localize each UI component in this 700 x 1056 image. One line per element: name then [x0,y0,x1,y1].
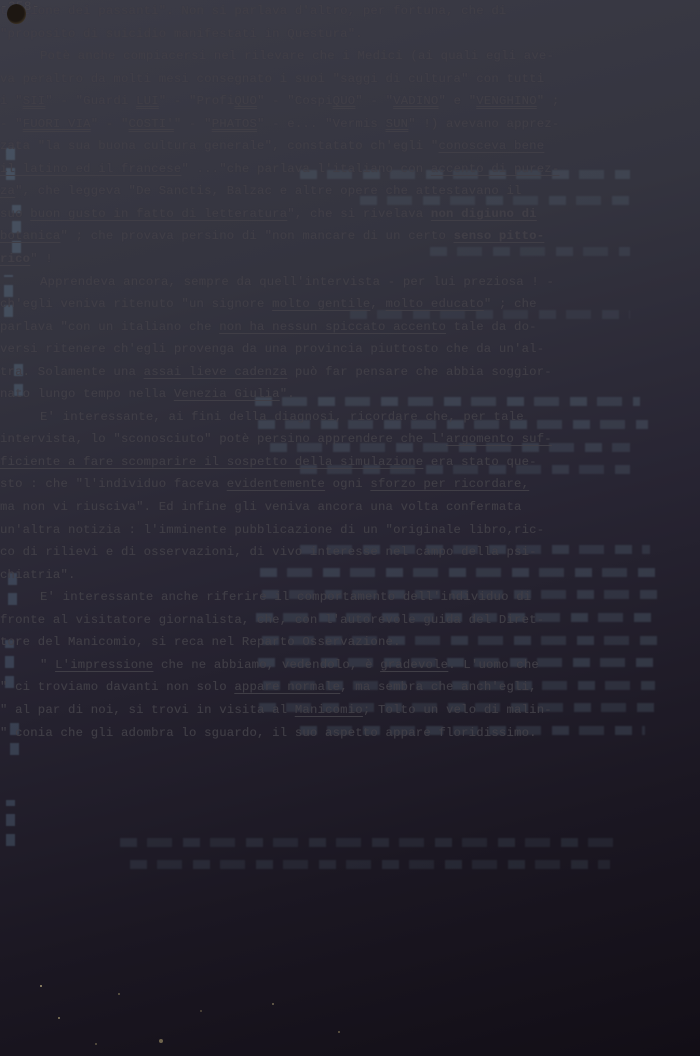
text-segment: intervista, lo "sconosciuto" potè persin… [0,432,446,446]
text-segment: E' interessante anche riferire il compor… [40,590,531,604]
text-segment: " ci troviamo davanti non solo [0,680,234,694]
underlined-text: molto educato [386,297,484,311]
underlined-text: conosceva bene [438,139,544,153]
text-line: versi ritenere ch'egli provenga da una p… [0,338,559,361]
text-segment: " !) avevano apprez- [408,117,559,131]
text-segment: suo [0,207,30,221]
underlined-text: LUI [136,94,159,108]
text-line: - "FUORI VIA" - "COSTI'" - "PHATOS" - e.… [0,113,559,136]
text-segment: sto : che "l'individuo faceva [0,477,227,491]
text-line: un'altra notizia : l'imminente pubblicaz… [0,519,559,542]
underlined-text: za [0,184,15,198]
text-segment: " ! [30,252,53,266]
text-segment: " - " [174,117,212,131]
underlined-text: VENGHINO [476,94,536,108]
text-line: " L'impressione che ne abbiamo, vedendol… [0,654,559,677]
text-segment: versi ritenere ch'egli provenga da una p… [0,342,544,356]
text-line: sto : che "l'individuo faceva evidenteme… [0,473,559,496]
text-segment: ch'egli veniva ritenuto "un signore [0,297,272,311]
text-segment: " - " [355,94,393,108]
text-segment: " - "Cospi [257,94,333,108]
text-segment: " ..."che parlava l'italiano con [181,162,430,176]
text-line: il latino ed il francese" ..."che parlav… [0,158,559,181]
text-segment: " - e... "Vermis [257,117,386,131]
text-line: " conia che gli adombra lo sguardo, il s… [0,722,559,745]
text-segment: nato lungo tempo nella [0,387,174,401]
text-segment: ", che leggeva "De Sanctis, Balzac e alt… [15,184,521,198]
dust-speckles [40,985,42,987]
typewritten-text-block: tenzione dei passanti". Non si parlava d… [0,0,559,744]
text-segment: Apprendeva ancora, sempre da quell'inter… [40,275,554,289]
text-segment: i " [0,94,23,108]
text-segment: ogni [325,477,370,491]
text-segment: " ; che [484,297,537,311]
underlined-text: Manicomio [295,703,363,717]
underlined-text: botanica [0,229,60,243]
text-segment: , ma sembra che anch'egli, [340,680,537,694]
underlined-text: assai lieve cadenza [144,365,288,379]
underlined-text: Venezia Giulia [174,387,280,401]
underlined-text: SUN [386,117,409,131]
text-segment: ", che si rivelava [287,207,431,221]
text-line: ficiente a fare scomparire il sospetto d… [0,451,559,474]
text-line: i "SII" - "Guardi LUI" - "ProfiQUO" - "C… [0,90,559,113]
underlined-text: argomento suf- [446,432,552,446]
underlined-text: VADINO [393,94,438,108]
text-segment: un'altra notizia : l'imminente pubblicaz… [0,523,544,537]
underlined-text: L'impressione [55,658,153,672]
text-segment: " - "Profi [159,94,235,108]
underlined-text: evidentemente [227,477,325,491]
text-segment: chiatria". [0,568,76,582]
text-segment: " - "Guardi [45,94,136,108]
text-segment: va peraltro da molti mesi consegnato i s… [0,72,544,86]
text-segment: tra. Solamente una [0,365,144,379]
underlined-text: senso pitto- [454,229,545,243]
text-segment: che ne abbiamo, vedendolo, è [153,658,380,672]
photo-of-typewritten-page: tenzione dei passanti". Non si parlava d… [0,0,700,1056]
underlined-text: COSTI' [129,117,174,131]
text-segment: E' interessante, ai fini della diagnosi,… [40,410,524,424]
text-segment: tenzione dei passanti". Non si parlava d… [0,4,506,18]
bleed-through-mark [6,800,15,846]
underlined-text: PHATOS [212,117,257,131]
text-line: va peraltro da molti mesi consegnato i s… [0,68,559,91]
text-line: fronte al visitatore giornalista, che, c… [0,609,559,632]
text-line: rico" ! [0,248,559,271]
text-segment: , [370,297,385,311]
text-segment: " [40,658,55,672]
text-segment: " e " [439,94,477,108]
underlined-text: accento di purez- [431,162,560,176]
text-line: chiatria". [0,564,559,587]
underlined-text: gradevole [380,658,448,672]
text-segment: ma non vi riusciva". Ed infine gli veniv… [0,500,522,514]
text-segment: era stato que- [423,455,536,469]
text-line: suo buon gusto in fatto di letteratura",… [0,203,559,226]
underlined-text: non digiuno di [431,207,537,221]
bleed-through-mark [130,860,610,869]
text-segment: tale da do- [446,320,537,334]
text-segment: . L'uomo che [448,658,539,672]
underlined-text: molto gentile [272,297,370,311]
underlined-text: rico [0,252,30,266]
text-segment: co di rilievi e di osservazioni, di vivo… [0,545,537,559]
text-line: tra. Solamente una assai lieve cadenza p… [0,361,559,384]
text-line: ch'egli veniva ritenuto "un signore molt… [0,293,559,316]
text-line: parlava "con un italiano che non ha ness… [0,316,559,339]
text-line: E' interessante anche riferire il compor… [0,586,559,609]
text-segment: fronte al visitatore giornalista, che, c… [0,613,544,627]
underlined-text: QUO [234,94,257,108]
text-line: tore del Manicomio, si reca nel Reparto … [0,631,559,654]
text-line: Potè anche compiacersi nel rilevare che … [0,45,559,68]
text-line: ma non vi riusciva". Ed infine gli veniv… [0,496,559,519]
underlined-text: buon gusto in fatto di letteratura [30,207,287,221]
text-segment: parlava "con un italiano che [0,320,219,334]
text-segment: tore del Manicomio, si reca nel Reparto … [0,635,401,649]
text-line: intervista, lo "sconosciuto" potè persin… [0,428,559,451]
text-segment: "proposito di suicidio manifestati in Qu… [0,27,363,41]
underlined-text: appare normale [234,680,340,694]
text-segment: ". [280,387,295,401]
text-segment: " conia che gli adombra lo sguardo, il s… [0,726,537,740]
underlined-text: il latino ed il francese [0,162,181,176]
text-segment: ; Tolto un velo di malin- [363,703,552,717]
text-line: Apprendeva ancora, sempre da quell'inter… [0,271,559,294]
underlined-text: SII [23,94,46,108]
text-segment: " ; che provava persino di "non mancare … [60,229,453,243]
text-line: co di rilievi e di osservazioni, di vivo… [0,541,559,564]
text-line: "proposito di suicidio manifestati in Qu… [0,23,559,46]
underlined-text: ficiente a fare scomparire il sospetto d… [0,455,423,469]
text-line: tenzione dei passanti". Non si parlava d… [0,0,559,23]
underlined-text: non ha nessun spiccato accento [219,320,446,334]
text-segment: " ; [537,94,560,108]
text-line: nato lungo tempo nella Venezia Giulia". [0,383,559,406]
bleed-through-mark [120,838,620,847]
text-line: botanica" ; che provava persino di "non … [0,225,559,248]
text-line: zata "la sua buona cultura generale", co… [0,135,559,158]
text-segment: " al par di noi, si trovi in visita al [0,703,295,717]
text-segment: - " [0,117,23,131]
underlined-text: FUORI VIA [23,117,91,131]
text-segment: zata "la sua buona cultura generale", co… [0,139,438,153]
text-line: " ci troviamo davanti non solo appare no… [0,676,559,699]
underlined-text: QUO [333,94,356,108]
text-line: " al par di noi, si trovi in visita al M… [0,699,559,722]
text-segment: può far pensare che abbia soggior- [287,365,552,379]
text-segment: Potè anche compiacersi nel rilevare che … [40,49,554,63]
underlined-text: sforzo per ricordare, [370,477,529,491]
text-line: E' interessante, ai fini della diagnosi,… [0,406,559,429]
text-line: za", che leggeva "De Sanctis, Balzac e a… [0,180,559,203]
text-segment: " - " [91,117,129,131]
